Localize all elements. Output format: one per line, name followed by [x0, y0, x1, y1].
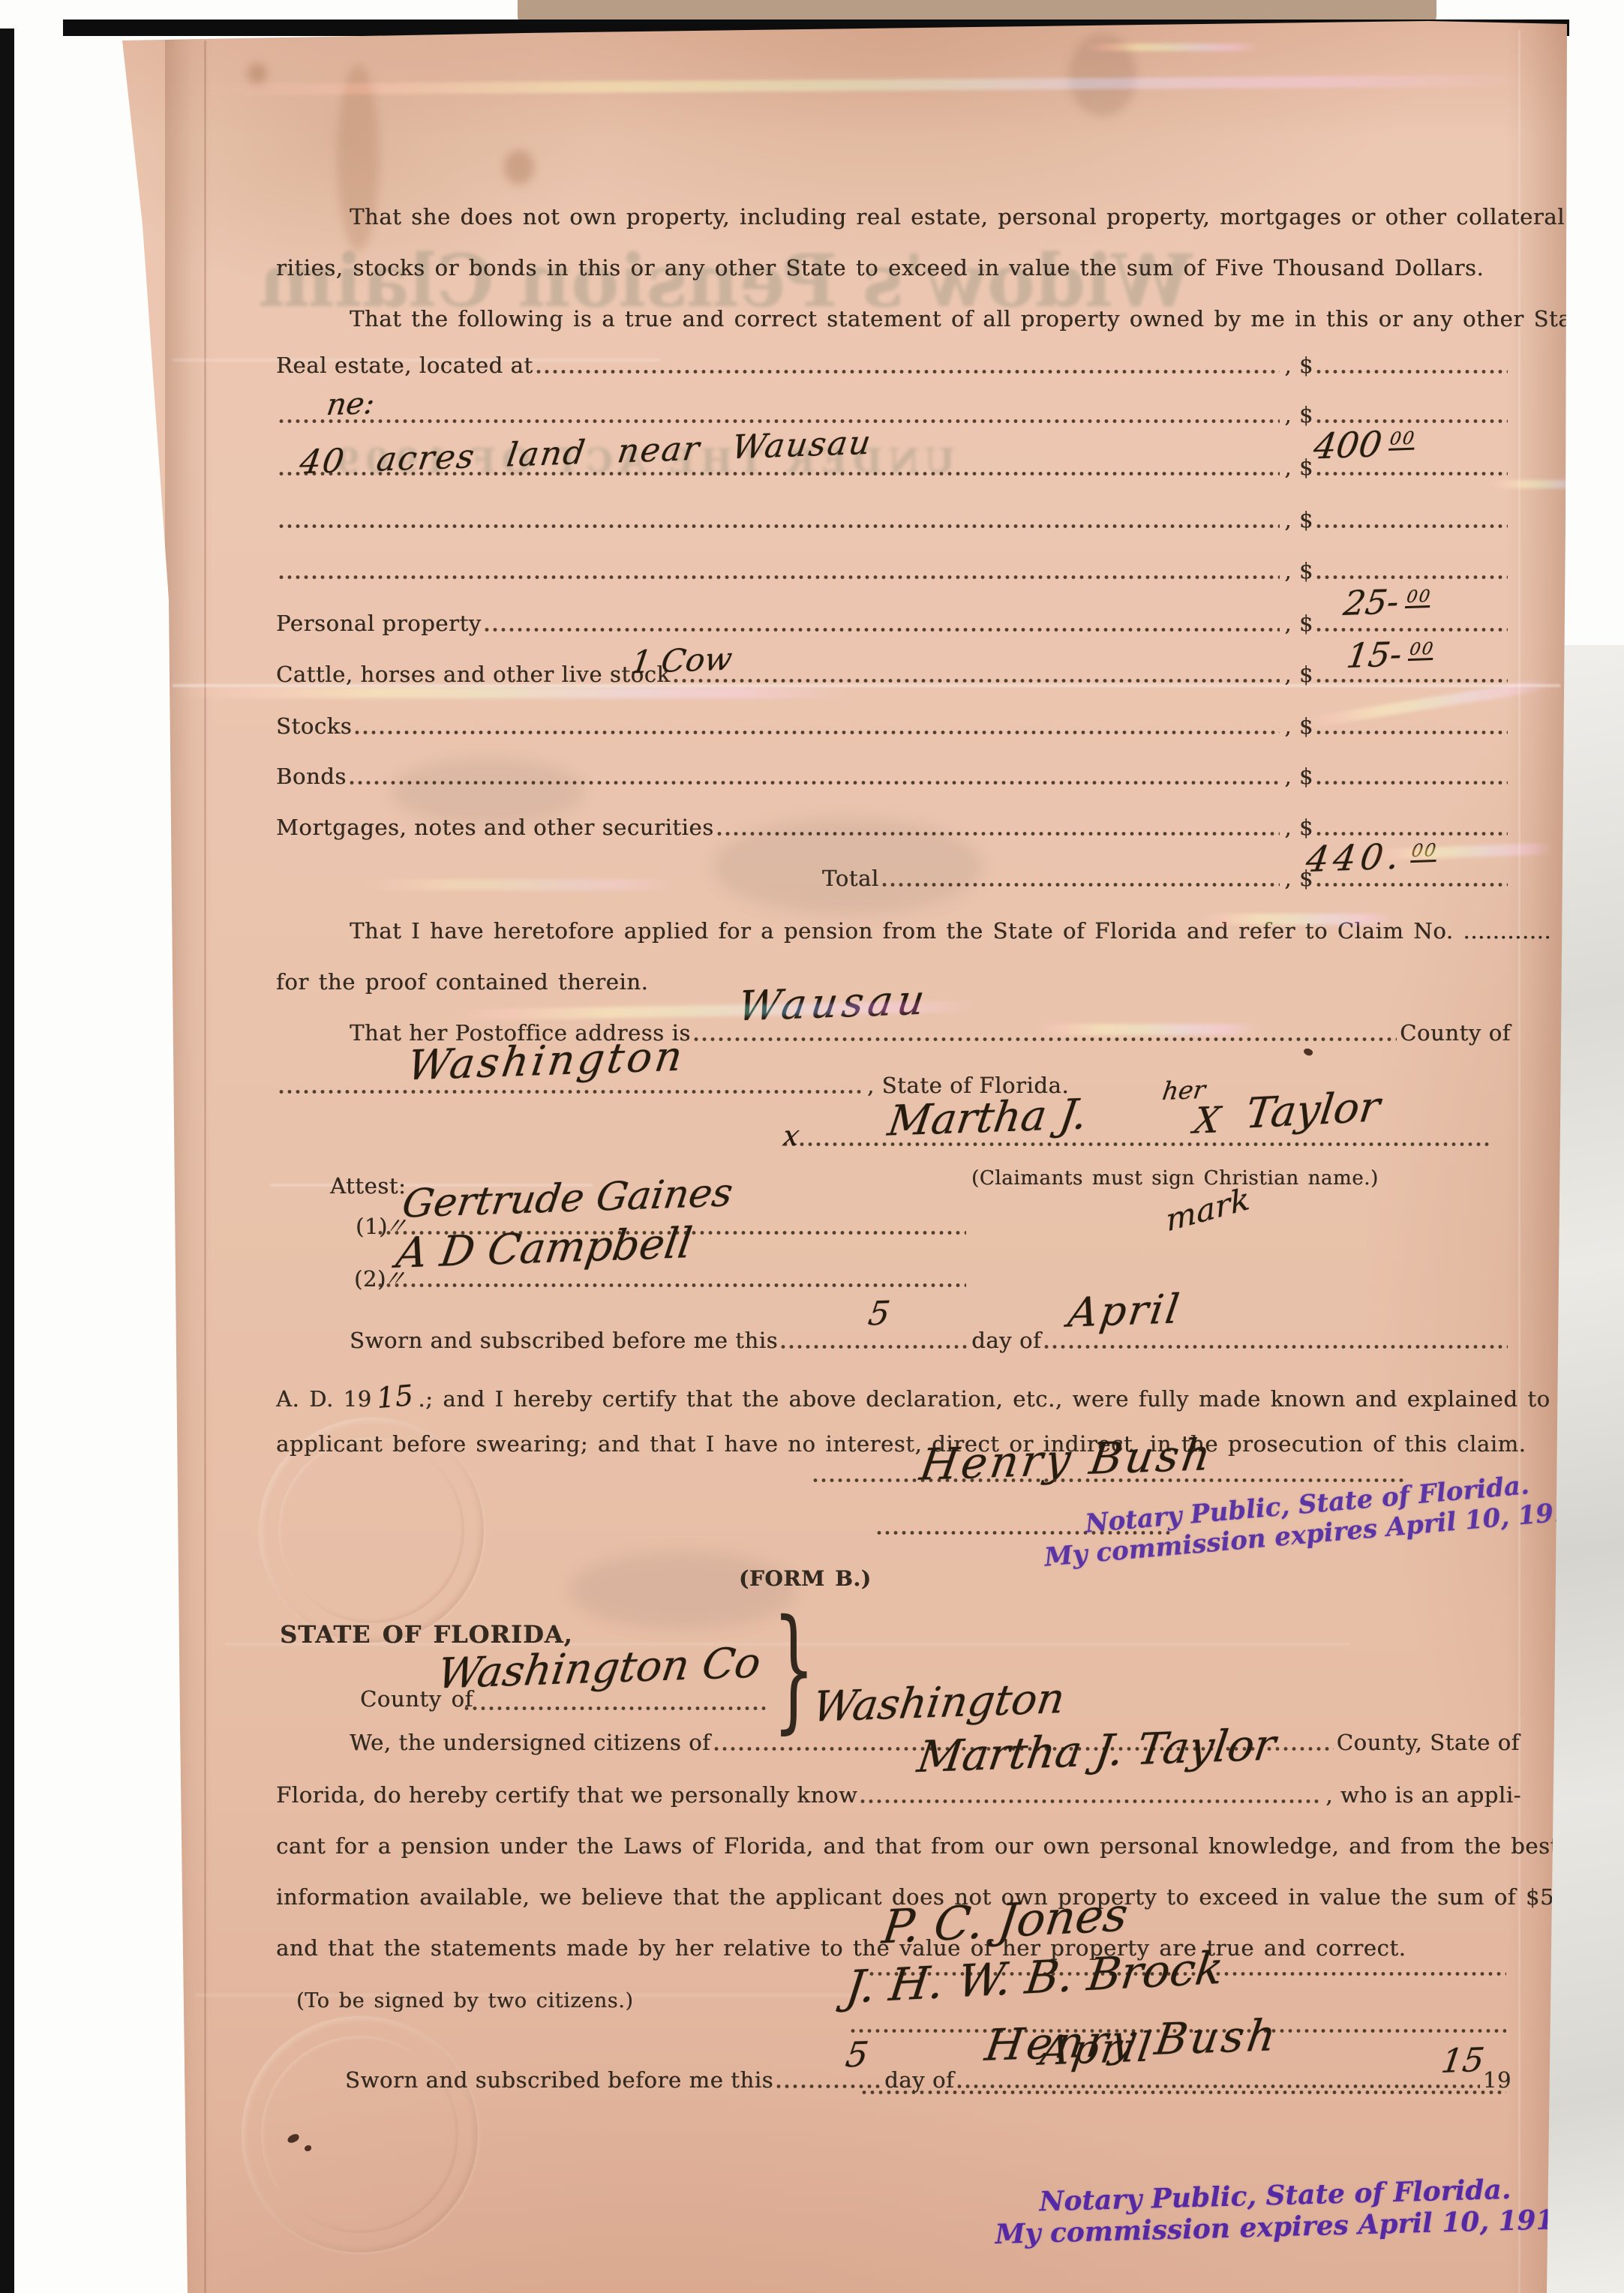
- scan-glare-streak: [360, 879, 675, 890]
- form-b-label: (FORM B.): [739, 1566, 872, 1591]
- sworn-prefix-2: Sworn and subscribed before me this: [345, 2067, 773, 2093]
- dotted-line: [694, 1037, 1397, 1042]
- property-row-blank: , $: [276, 507, 1511, 533]
- dotted-line: [1044, 1344, 1508, 1349]
- stain: [248, 63, 267, 84]
- christian-name-note: (Claimants must sign Christian name.): [971, 1167, 1379, 1190]
- scanned-pension-document: Widow's Pension Claim UNDER THE ACT OF 1…: [0, 0, 1624, 2293]
- sworn-row: Sworn and subscribed before me this day …: [350, 1328, 1511, 1353]
- dotted-line: [350, 780, 1280, 785]
- ad-suffix: .; and I hereby certify that the above d…: [418, 1386, 1596, 1412]
- scan-glare-streak: [1200, 914, 1395, 925]
- row-label: Real estate, located at: [276, 353, 533, 378]
- currency-prefix: , $: [1284, 507, 1313, 533]
- personally-know-row: Florida, do hereby certify that we perso…: [276, 1782, 1521, 1808]
- signature-gertrude-gaines: Gertrude Gaines: [400, 1170, 736, 1226]
- know-suffix: , who is an appli-: [1325, 1782, 1521, 1808]
- property-row-blank: , $: [276, 402, 1511, 428]
- handwritten-year-15-b: 15: [1439, 2041, 1487, 2081]
- dotted-line: [781, 1344, 968, 1349]
- day-of-label-2: day of: [884, 2067, 954, 2093]
- total-label: Total: [822, 866, 879, 891]
- dotted-line: [862, 2090, 1506, 2095]
- sworn-prefix: Sworn and subscribed before me this: [350, 1328, 778, 1353]
- amount-main: 15-: [1344, 634, 1404, 675]
- declaration-line-2: rities, stocks or bonds in this or any o…: [276, 255, 1484, 281]
- we-prefix: We, the undersigned citizens of: [350, 1730, 711, 1755]
- scan-glare-streak: [1035, 1024, 1260, 1035]
- handwritten-one-cow: 1 Cow: [629, 641, 734, 681]
- stain: [504, 150, 534, 185]
- scan-glare-streak: [1489, 480, 1601, 488]
- dotted-line: [674, 678, 1280, 683]
- scan-glare-streak: [1086, 44, 1259, 51]
- embossed-notary-seal: [242, 2016, 478, 2252]
- dotted-line: [1316, 678, 1508, 683]
- dotted-line: [485, 627, 1280, 632]
- vertical-crease-right: [1518, 30, 1520, 2293]
- vertical-crease: [204, 41, 206, 2293]
- currency-prefix: , $: [1284, 402, 1313, 428]
- county-of-label: County of: [1400, 1020, 1511, 1046]
- scan-glare-streak: [203, 75, 1530, 95]
- dotted-line: [279, 524, 1280, 529]
- witness2-line: [375, 1283, 969, 1292]
- amount-main: 400: [1311, 424, 1385, 467]
- currency-prefix: , $: [1284, 558, 1313, 584]
- amount-cents: 00: [1408, 641, 1435, 661]
- we-suffix: County, State of: [1337, 1730, 1520, 1755]
- currency-prefix: , $: [1284, 353, 1313, 378]
- attest-label: Attest:: [330, 1173, 406, 1199]
- dotted-line: [1316, 882, 1508, 887]
- property-row-personal: Personal property , $: [276, 611, 1511, 636]
- handwritten-amount-15: 15-00: [1344, 633, 1436, 676]
- row-label: Cattle, horses and other live stock: [276, 662, 671, 687]
- scanner-left-strip: [0, 29, 14, 2293]
- amount-cents: 00: [1388, 430, 1417, 451]
- property-row-bonds: Bonds , $: [276, 764, 1511, 789]
- row-label: Personal property: [276, 611, 482, 636]
- handwritten-amount-400: 40000: [1311, 423, 1418, 468]
- ad-certify-line-2: applicant before swearing; and that I ha…: [276, 1431, 1526, 1457]
- handwritten-april: April: [1065, 1285, 1184, 1336]
- row-label: Bonds: [276, 764, 347, 789]
- signature-a-d-campbell: A D Campbell: [393, 1219, 695, 1278]
- currency-prefix: , $: [1284, 764, 1313, 789]
- dotted-line: [536, 369, 1280, 374]
- signature-martha-j: Martha J.: [885, 1090, 1091, 1145]
- property-row-real-estate: Real estate, located at , $: [276, 353, 1511, 378]
- scan-glare-streak: [173, 687, 848, 698]
- county-dotted-line: [461, 1706, 773, 1715]
- row-label: Stocks: [276, 713, 352, 739]
- state-of-florida-heading: STATE OF FLORIDA,: [280, 1620, 573, 1649]
- property-row-mortgages: Mortgages, notes and other securities , …: [276, 815, 1511, 840]
- property-row-blank: , $: [276, 558, 1511, 584]
- dotted-line: [1316, 627, 1508, 632]
- notary-signature-line-2: [859, 2090, 1509, 2099]
- ad-certify-line: A. D. 1915.; and I hereby certify that t…: [276, 1380, 1597, 1413]
- statement-intro: That the following is a true and correct…: [350, 306, 1602, 332]
- curly-brace: }: [773, 1602, 815, 1736]
- dotted-line: [1316, 524, 1508, 529]
- dotted-line: [1316, 575, 1508, 580]
- property-row-livestock: Cattle, horses and other live stock , $: [276, 662, 1511, 687]
- handwritten-washington-2: Washington: [809, 1674, 1067, 1732]
- amount-main: 25-: [1341, 581, 1401, 623]
- dotted-line: [1316, 471, 1508, 476]
- proof-line: for the proof contained therein.: [276, 969, 648, 995]
- notary-signature-line: [810, 1478, 1410, 1487]
- dotted-line: [1316, 369, 1508, 374]
- dotted-line: [279, 419, 1280, 424]
- currency-prefix: , $: [1284, 455, 1313, 480]
- sworn-row-2: Sworn and subscribed before me this day …: [345, 2067, 1511, 2093]
- signature-henry-bush-2: Henry Bush: [982, 2009, 1282, 2071]
- dotted-line: [464, 1706, 770, 1711]
- dotted-line: [813, 1478, 1407, 1483]
- mark-x: X: [1191, 1099, 1223, 1142]
- ad-prefix: A. D. 19: [276, 1386, 372, 1412]
- amount-cents: 00: [1405, 588, 1432, 608]
- certify-line-3: cant for a pension under the Laws of Flo…: [276, 1833, 1559, 1859]
- currency-prefix: , $: [1284, 611, 1313, 636]
- handwritten-washington-co: Washington Co: [434, 1639, 764, 1699]
- day-of-label: day of: [971, 1328, 1041, 1353]
- handwritten-ne: ne:: [325, 386, 377, 422]
- row-label: Mortgages, notes and other securities: [276, 815, 714, 840]
- pension-claim-page: Widow's Pension Claim UNDER THE ACT OF 1…: [0, 0, 1624, 2293]
- dotted-line: [279, 575, 1280, 580]
- dotted-line: [279, 1089, 864, 1094]
- dotted-line: [1316, 730, 1508, 735]
- dotted-line: [1316, 780, 1508, 785]
- currency-prefix: , $: [1284, 815, 1313, 840]
- signature-taylor: Taylor: [1243, 1082, 1382, 1138]
- ink-speck: [1303, 1047, 1314, 1058]
- handwritten-washington: Washington: [404, 1032, 688, 1090]
- dotted-line: [957, 2084, 1480, 2089]
- dotted-line: [717, 831, 1280, 836]
- dotted-line: [776, 2084, 881, 2089]
- dotted-line: [860, 1799, 1322, 1804]
- declaration-line-1: That she does not own property, includin…: [350, 204, 1624, 230]
- certify-line-5: and that the statements made by her rela…: [276, 1935, 1406, 1961]
- dotted-line: [882, 882, 1280, 887]
- know-prefix: Florida, do hereby certify that we perso…: [276, 1782, 857, 1808]
- notary-stamp-2: Notary Public, State of Florida. My comm…: [994, 2171, 1583, 2249]
- printed-year-19: 19: [1483, 2067, 1511, 2093]
- handwritten-martha-j-taylor: Martha J. Taylor: [914, 1719, 1279, 1782]
- dotted-line: [378, 1283, 966, 1288]
- handwritten-amount-25: 25-00: [1341, 581, 1433, 623]
- dotted-line: [355, 730, 1280, 735]
- handwritten-year-15: 15: [375, 1379, 415, 1415]
- currency-prefix: , $: [1284, 662, 1313, 687]
- two-citizens-note: (To be signed by two citizens.): [296, 1989, 633, 2012]
